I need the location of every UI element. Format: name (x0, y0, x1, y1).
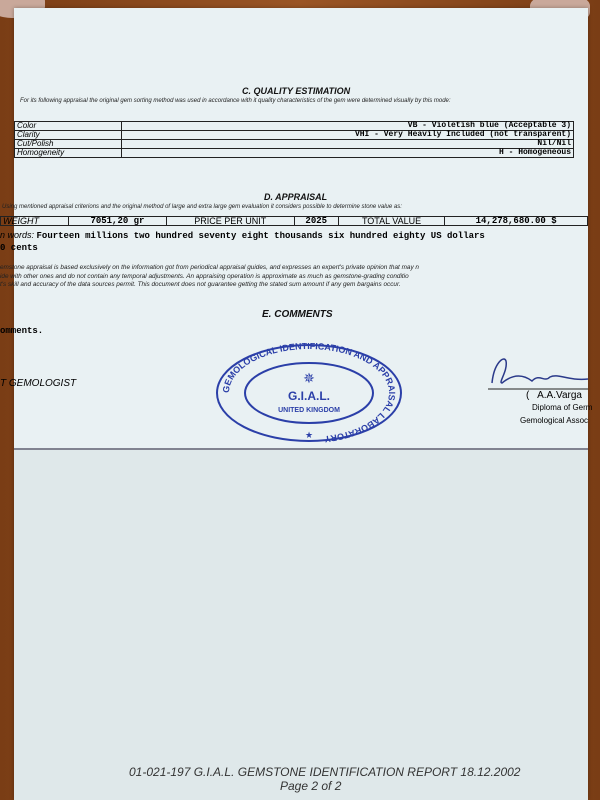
table-row: Cut/PolishNil/Nil (15, 140, 574, 149)
appraisal-table: WEIGHT 7051,20 gr PRICE PER UNIT 2025 TO… (0, 216, 588, 226)
signer-diploma: Diploma of Germ (532, 403, 592, 412)
table-row: WEIGHT 7051,20 gr PRICE PER UNIT 2025 TO… (1, 217, 588, 226)
svg-text:★: ★ (305, 430, 313, 440)
amount-in-words: n words: Fourteen millions two hundred s… (0, 230, 485, 254)
svg-text:✵: ✵ (303, 370, 315, 386)
table-row: ClarityVHI - Very Heavily Included (not … (15, 131, 574, 140)
comments-title: E. COMMENTS (262, 309, 333, 320)
signature-scribble (484, 353, 588, 393)
comments-text: omments. (0, 326, 43, 336)
disclaimer-text: emstone appraisal is based exclusively o… (0, 264, 419, 290)
svg-text:UNITED KINGDOM: UNITED KINGDOM (278, 407, 340, 414)
footer-report-line: 01-021-197 G.I.A.L. GEMSTONE IDENTIFICAT… (129, 765, 520, 779)
svg-text:G.I.A.L.: G.I.A.L. (288, 389, 330, 403)
signer-role: T GEMOLOGIST (0, 378, 76, 389)
document-page: C. QUALITY ESTIMATION For its following … (14, 8, 588, 800)
quality-title: C. QUALITY ESTIMATION (242, 86, 350, 96)
signer-association: Gemological Assoc (520, 416, 588, 425)
footer-page-number: Page 2 of 2 (280, 779, 341, 793)
appraisal-title: D. APPRAISAL (264, 192, 327, 202)
table-row: HomogeneityH - Homogeneous (15, 149, 574, 158)
lab-stamp: GEMOLOGICAL IDENTIFICATION AND APPRAISAL… (214, 343, 404, 443)
fold-line (14, 448, 588, 450)
quality-table: ColorVB - Violetish blue (Acceptable 3) … (14, 121, 574, 158)
signer-name: ( A.A.Varga (526, 390, 582, 401)
appraisal-intro: Using mentioned appraisal criterions and… (2, 204, 402, 210)
lower-sheet (14, 450, 588, 800)
quality-intro: For its following appraisal the original… (20, 98, 570, 105)
